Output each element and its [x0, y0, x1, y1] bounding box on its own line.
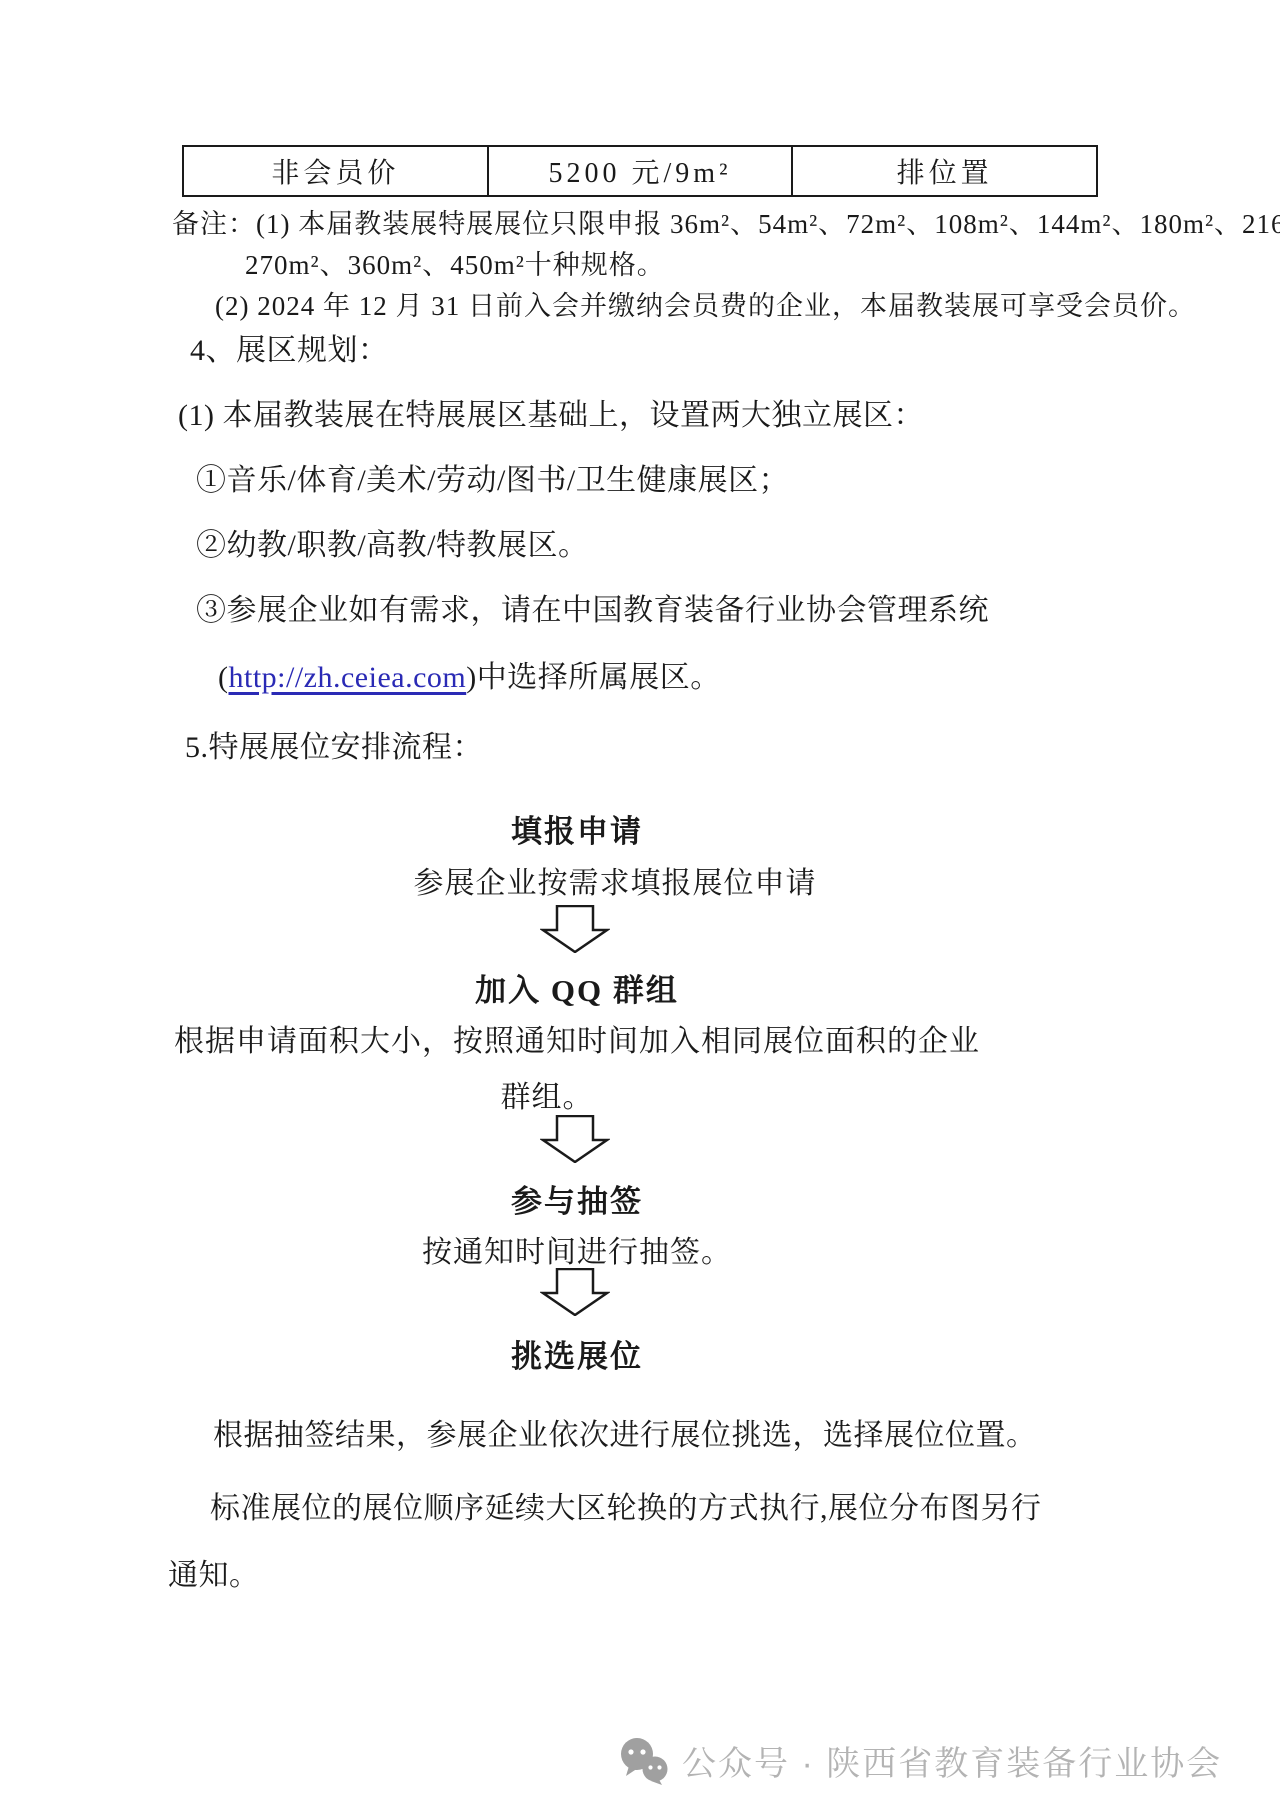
ceiea-link[interactable]: http://zh.ceiea.com [229, 661, 467, 694]
flow-step-4-title: 挑选展位 [2, 1331, 1152, 1376]
closing-paragraph-2-line-2: 通知。 [168, 1550, 260, 1594]
price-table: 非会员价 5200 元/9m² 排位置 [182, 145, 1098, 197]
section-5-heading: 5.特展展位安排流程： [185, 722, 483, 766]
closing-paragraph-2-line-1: 标准展位的展位顺序延续大区轮换的方式执行,展位分布图另行 [210, 1483, 1042, 1527]
zone-item-1: ①音乐/体育/美术/劳动/图书/卫生健康展区； [196, 455, 789, 499]
notes-line-2: 270m²、360m²、450m²十种规格。 [245, 243, 665, 282]
table-cell-price: 5200 元/9m² [487, 147, 792, 195]
wechat-icon [618, 1737, 670, 1785]
flow-step-3-title: 参与抽签 [2, 1176, 1152, 1221]
document-page: 非会员价 5200 元/9m² 排位置 备注：(1) 本届教装展特展展位只限申报… [0, 0, 1280, 1811]
notes-line-3: (2) 2024 年 12 月 31 日前入会并缴纳会员费的企业，本届教装展可享… [215, 284, 1196, 323]
watermark-text: 公众号 · 陕西省教育装备行业协会 [682, 1736, 1222, 1785]
link-suffix-text: )中选择所属展区。 [466, 661, 721, 694]
flow-step-1-desc: 参展企业按需求填报展位申请 [2, 858, 1152, 902]
down-arrow-icon [540, 905, 610, 953]
flow-step-1-title: 填报申请 [2, 806, 1152, 851]
section-4-heading: 4、展区规划： [190, 325, 389, 369]
table-cell-nonmember-label: 非会员价 [184, 147, 487, 195]
zone-item-2: ②幼教/职教/高教/特教展区。 [196, 520, 589, 564]
flow-step-2-desc-line-1: 根据申请面积大小，按照通知时间加入相同展位面积的企业 [2, 1016, 1152, 1060]
table-cell-position: 排位置 [791, 147, 1096, 195]
flow-step-2-title: 加入 QQ 群组 [2, 965, 1152, 1010]
flow-step-3-desc: 按通知时间进行抽签。 [2, 1227, 1152, 1271]
down-arrow-icon [540, 1115, 610, 1163]
section-4-item-1: (1) 本届教装展在特展展区基础上，设置两大独立展区： [178, 390, 924, 434]
wechat-watermark: 公众号 · 陕西省教育装备行业协会 [618, 1736, 1222, 1785]
notes-line-1: 备注：(1) 本届教装展特展展位只限申报 36m²、54m²、72m²、108m… [172, 202, 1280, 241]
flow-step-2-desc-line-2-text: 群组。 [501, 1081, 594, 1114]
system-link-line: (http://zh.ceiea.com)中选择所属展区。 [218, 652, 721, 696]
flow-step-2-desc-line-2: 群组。 [2, 1072, 1152, 1116]
down-arrow-icon [540, 1268, 610, 1316]
zone-item-3: ③参展企业如有需求，请在中国教育装备行业协会管理系统 [196, 585, 989, 629]
flow-step-1-desc-text: 参展企业按需求填报展位申请 [414, 867, 817, 900]
link-open-paren: ( [218, 661, 229, 694]
closing-paragraph-1: 根据抽签结果，参展企业依次进行展位挑选，选择展位位置。 [213, 1410, 1037, 1454]
